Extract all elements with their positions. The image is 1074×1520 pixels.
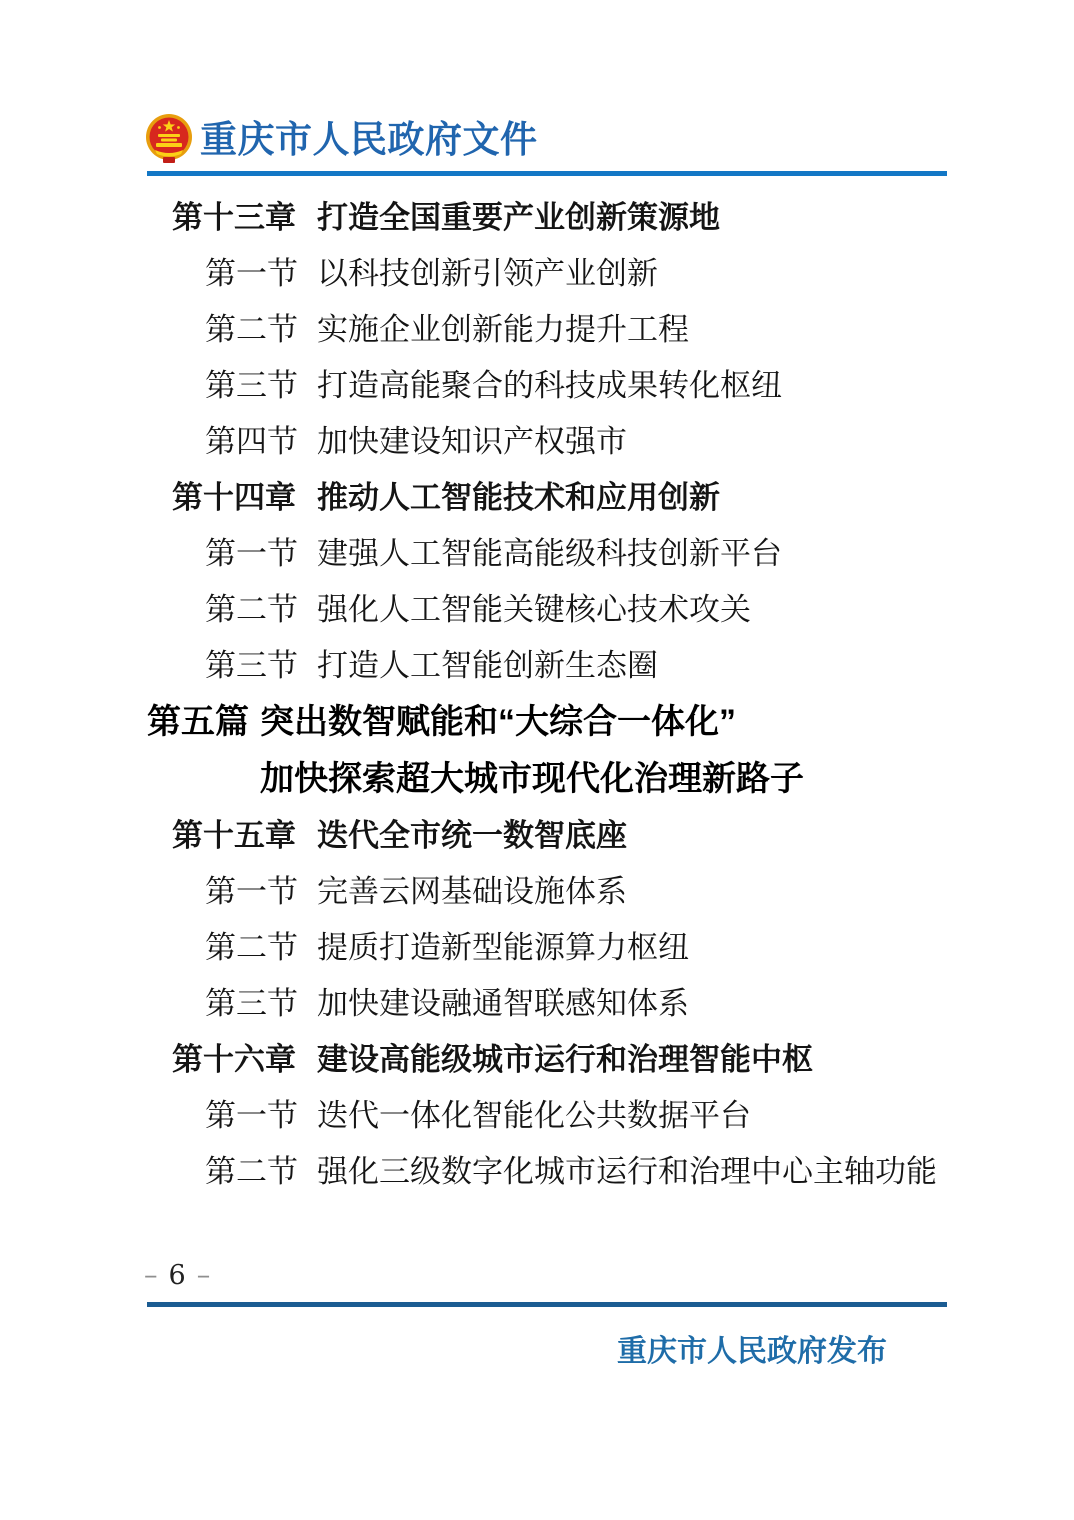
- toc-entry-title: 迭代全市统一数智底座: [317, 810, 627, 855]
- toc-entry: 第二节 提质打造新型能源算力枢纽: [147, 916, 977, 972]
- toc-entry: 第十五章 迭代全市统一数智底座: [147, 804, 977, 860]
- toc-entry-label: 第三节: [205, 360, 317, 405]
- toc-entry: 第一节 迭代一体化智能化公共数据平台: [147, 1084, 977, 1140]
- toc-entry-label: 第二节: [205, 584, 317, 629]
- toc-entry-title: 建设高能级城市运行和治理智能中枢: [317, 1034, 813, 1079]
- toc-entry: 第二节 强化三级数字化城市运行和治理中心主轴功能: [147, 1140, 977, 1196]
- document-page: 重庆市人民政府文件 第十三章 打造全国重要产业创新策源地 第一节 以科技创新引领…: [0, 0, 1074, 1520]
- toc-entry-title: 强化三级数字化城市运行和治理中心主轴功能: [317, 1146, 937, 1191]
- toc-entry-title: 推动人工智能技术和应用创新: [317, 472, 720, 517]
- toc-entry-title: 加快建设知识产权强市: [317, 416, 627, 461]
- toc-entry-title: 迭代一体化智能化公共数据平台: [317, 1090, 751, 1135]
- toc-entry: 第十四章 推动人工智能技术和应用创新: [147, 466, 977, 522]
- toc-entry-label: 第二节: [205, 922, 317, 967]
- page-number-value: 6: [169, 1262, 186, 1289]
- toc-entry-title: 强化人工智能关键核心技术攻关: [317, 584, 751, 629]
- page-number-dash-left: –: [144, 1262, 158, 1289]
- toc-entry: 第一节 完善云网基础设施体系: [147, 860, 977, 916]
- toc-entry: 第五篇 突出数智赋能和“大综合一体化”: [147, 690, 977, 747]
- toc-entry: 第三节 打造高能聚合的科技成果转化枢纽: [147, 354, 977, 410]
- toc-entry: 第二节 实施企业创新能力提升工程: [147, 298, 977, 354]
- toc-entry-label: 第十六章: [172, 1034, 317, 1079]
- footer-rule: [147, 1302, 947, 1307]
- toc-entry: 第一节 以科技创新引领产业创新: [147, 242, 977, 298]
- toc-entry-title: 加快建设融通智联感知体系: [317, 978, 689, 1023]
- toc-entry-label: 第三节: [205, 978, 317, 1023]
- toc-entry-title: 打造高能聚合的科技成果转化枢纽: [317, 360, 782, 405]
- toc-entry-label: 第一节: [205, 528, 317, 573]
- toc-entry-title: 建强人工智能高能级科技创新平台: [317, 528, 782, 573]
- toc-entry-title: 加快探索超大城市现代化治理新路子: [260, 751, 804, 800]
- toc-entry: 第四节 加快建设知识产权强市: [147, 410, 977, 466]
- toc-entry-title: 提质打造新型能源算力枢纽: [317, 922, 689, 967]
- toc-entry-title: 完善云网基础设施体系: [317, 866, 627, 911]
- toc-entry: 加快探索超大城市现代化治理新路子: [147, 747, 977, 804]
- toc-entry-title: 打造全国重要产业创新策源地: [317, 192, 720, 237]
- agency-title: 重庆市人民政府文件: [200, 119, 538, 158]
- toc-entry: 第三节 加快建设融通智联感知体系: [147, 972, 977, 1028]
- toc-entry-label: 第十五章: [172, 810, 317, 855]
- table-of-contents: 第十三章 打造全国重要产业创新策源地 第一节 以科技创新引领产业创新 第二节 实…: [147, 186, 977, 1196]
- toc-entry-label: 第一节: [205, 866, 317, 911]
- toc-entry-label: 第十四章: [172, 472, 317, 517]
- toc-entry-label: 第一节: [205, 1090, 317, 1135]
- toc-entry-label: 第二节: [205, 1146, 317, 1191]
- toc-entry-label: 第二节: [205, 304, 317, 349]
- toc-entry: 第十三章 打造全国重要产业创新策源地: [147, 186, 977, 242]
- national-emblem-icon: [145, 112, 193, 164]
- toc-entry: 第三节 打造人工智能创新生态圈: [147, 634, 977, 690]
- toc-entry-label: 第一节: [205, 248, 317, 293]
- toc-entry: 第十六章 建设高能级城市运行和治理智能中枢: [147, 1028, 977, 1084]
- toc-entry-title: 实施企业创新能力提升工程: [317, 304, 689, 349]
- publisher-label: 重庆市人民政府发布: [147, 1326, 887, 1370]
- header-rule: [147, 171, 947, 176]
- toc-entry-label: 第十三章: [172, 192, 317, 237]
- page-number-dash-right: –: [197, 1262, 211, 1289]
- toc-entry-label: 第四节: [205, 416, 317, 461]
- toc-entry-title: 以科技创新引领产业创新: [317, 248, 658, 293]
- toc-entry-label: 第五篇: [147, 694, 260, 743]
- toc-entry: 第一节 建强人工智能高能级科技创新平台: [147, 522, 977, 578]
- toc-entry-title: 打造人工智能创新生态圈: [317, 640, 658, 685]
- document-header: 重庆市人民政府文件: [145, 112, 538, 164]
- toc-entry-label: 第三节: [205, 640, 317, 685]
- page-number: – 6 –: [144, 1262, 210, 1289]
- toc-entry: 第二节 强化人工智能关键核心技术攻关: [147, 578, 977, 634]
- toc-entry-title: 突出数智赋能和“大综合一体化”: [260, 694, 736, 743]
